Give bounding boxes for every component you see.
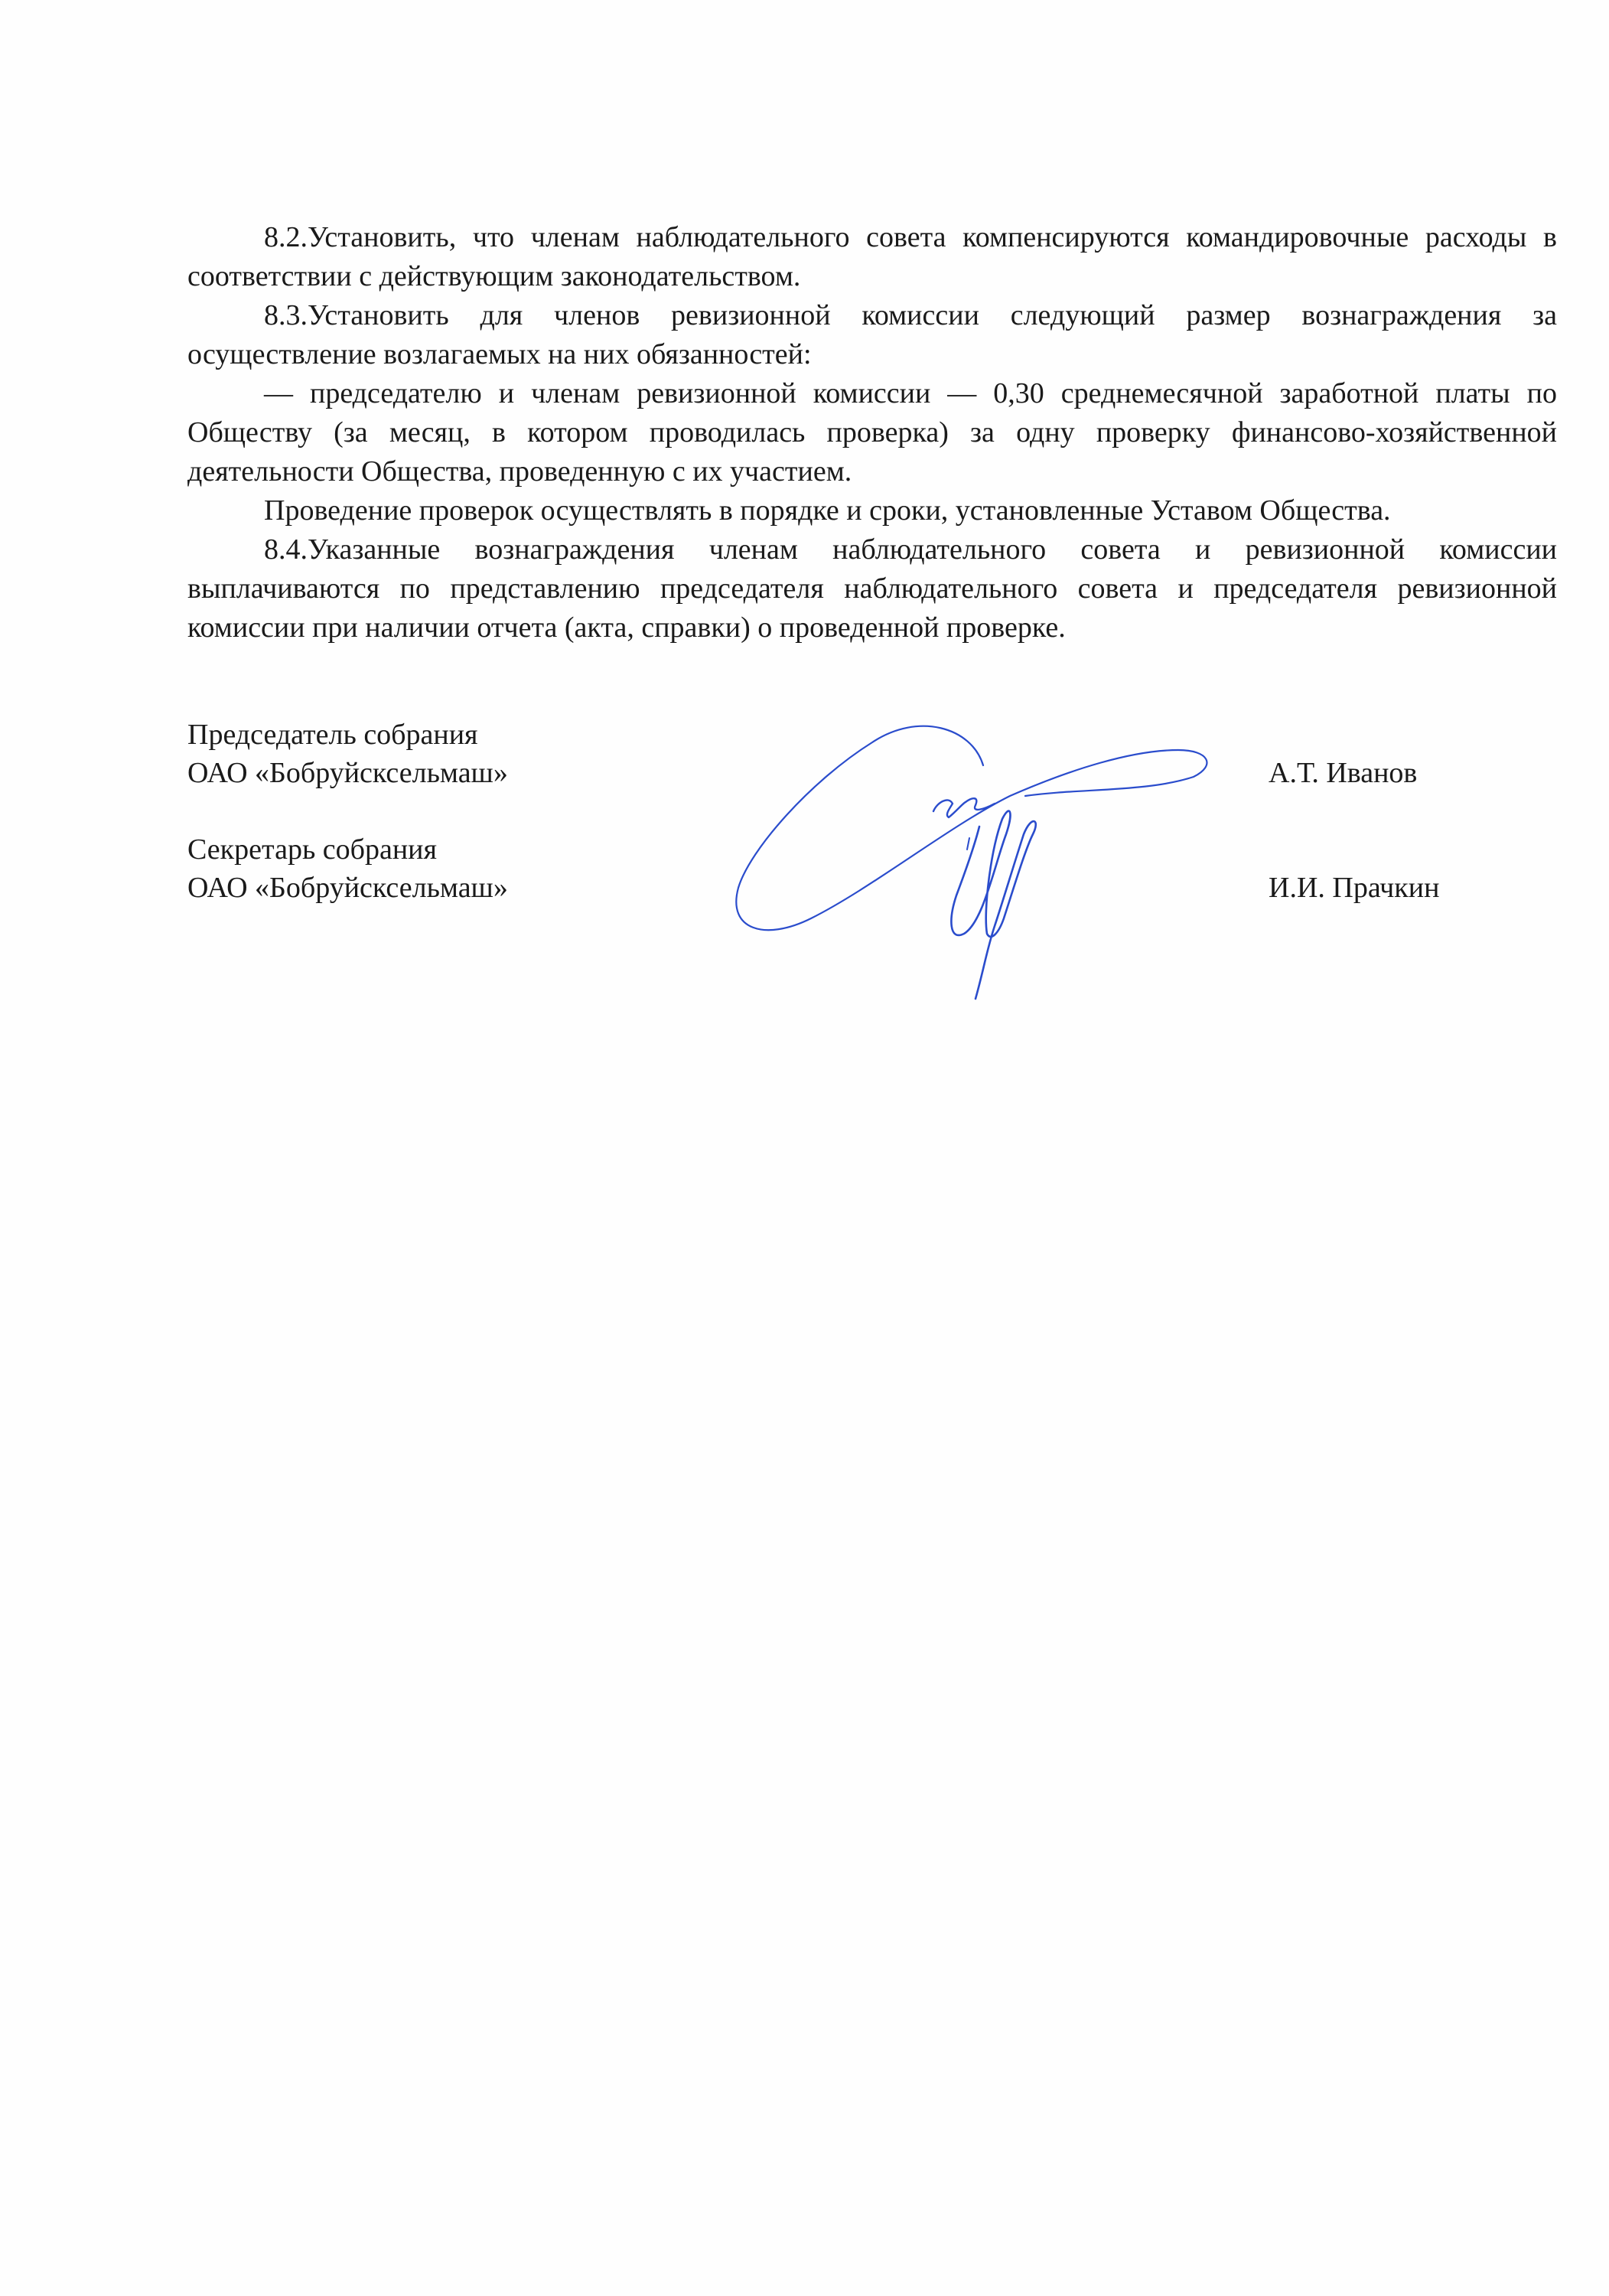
paragraph-8-4: 8.4.Указанные вознаграждения членам набл… [187, 530, 1557, 647]
secretary-title: Секретарь собрания ОАО «Бобруйсксельмаш» [187, 830, 508, 907]
document-page: 8.2.Установить, что членам наблюдательно… [0, 0, 1609, 2296]
paragraph-inspections: Проведение проверок осуществлять в поряд… [187, 491, 1557, 530]
chairman-company: ОАО «Бобруйсксельмаш» [187, 754, 508, 792]
paragraph-8-2: 8.2.Установить, что членам наблюдательно… [187, 218, 1557, 296]
secretary-company: ОАО «Бобруйсксельмаш» [187, 869, 508, 907]
handwritten-signatures [719, 712, 1270, 1003]
paragraph-8-3-item: — председателю и членам ревизионной коми… [187, 374, 1557, 491]
secretary-role: Секретарь собрания [187, 830, 508, 869]
chairman-role: Председатель собрания [187, 716, 508, 754]
paragraph-8-3: 8.3.Установить для членов ревизионной ко… [187, 296, 1557, 374]
chairman-title: Председатель собрания ОАО «Бобруйсксельм… [187, 716, 508, 792]
chairman-signature-stroke [736, 726, 1207, 930]
chairman-name: А.Т. Иванов [1269, 754, 1417, 792]
secretary-signature-stroke [951, 811, 1035, 999]
secretary-name: И.И. Прачкин [1269, 869, 1439, 907]
resolution-body: 8.2.Установить, что членам наблюдательно… [187, 218, 1557, 647]
